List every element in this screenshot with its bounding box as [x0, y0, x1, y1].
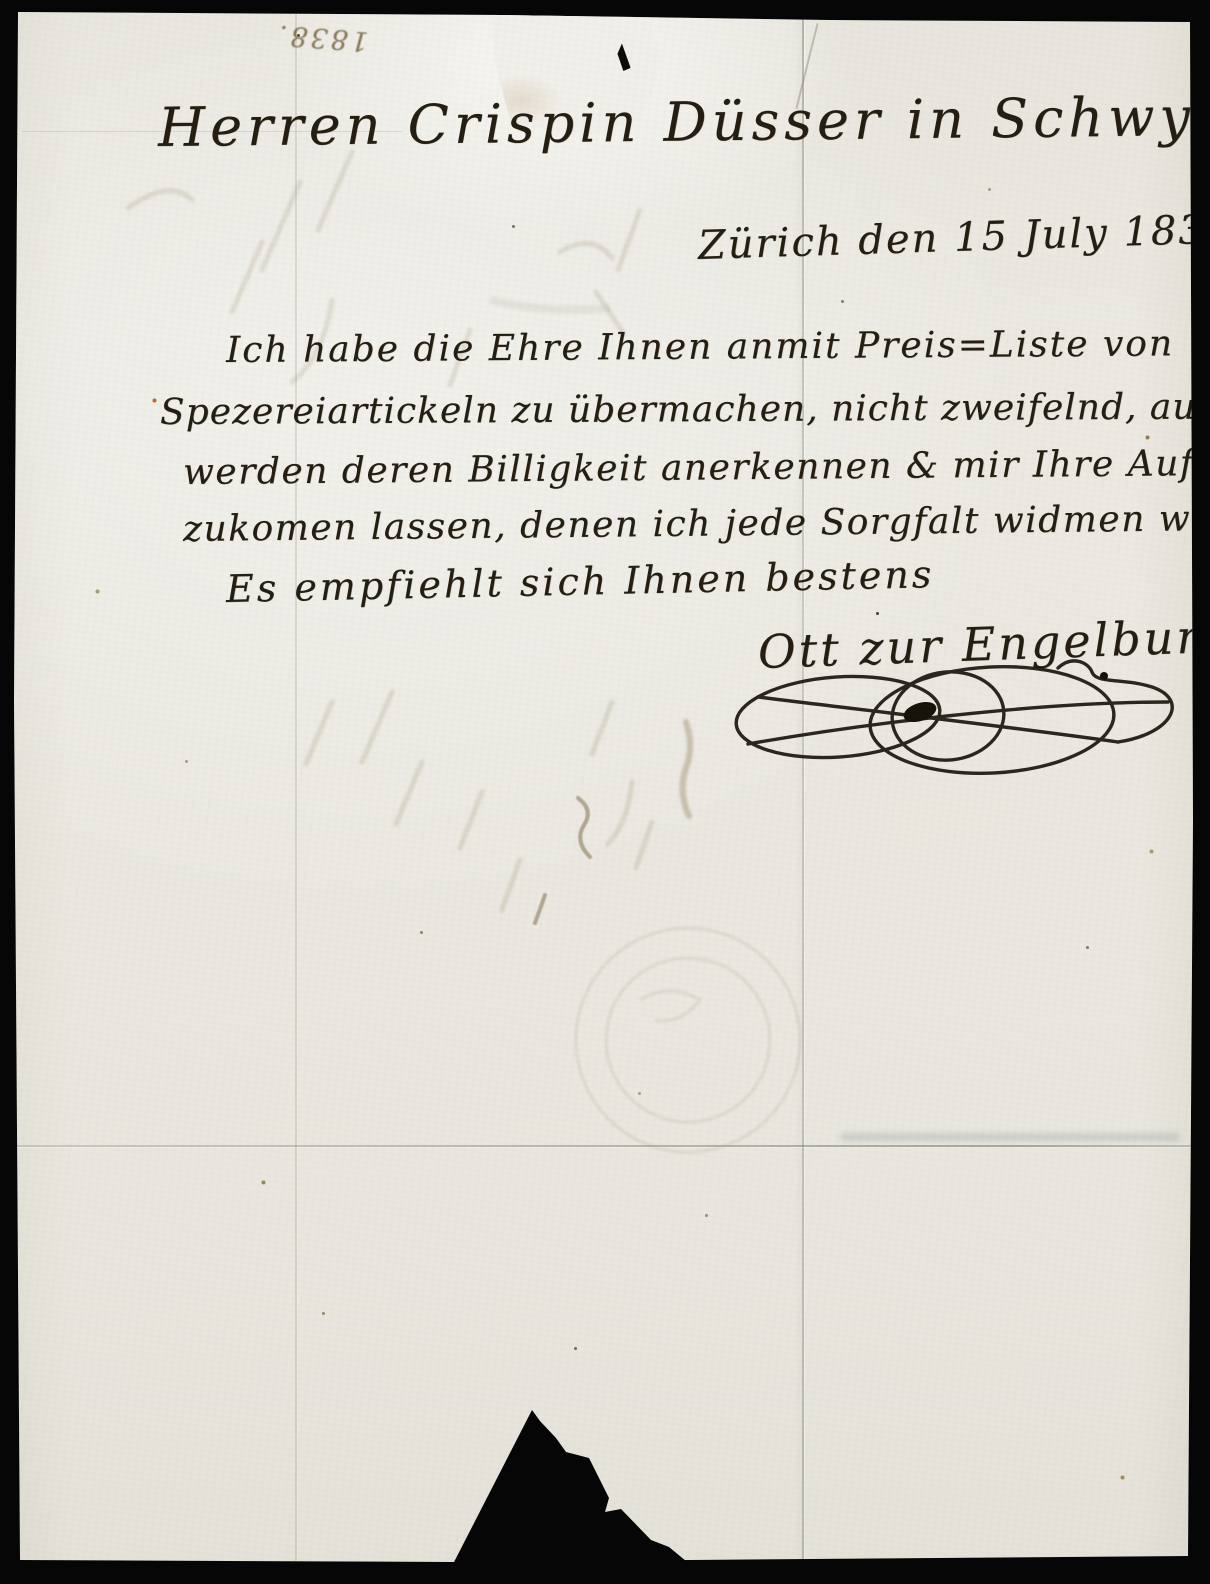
ink-blot-icon: [615, 43, 634, 72]
fold-smudge: [840, 1133, 1180, 1141]
paper-sheet: 1838. Herren Crispin Düsser in Schwyz. Z…: [0, 0, 1210, 1584]
body-line-2: Spezereiartickeln zu übermachen, nicht z…: [160, 386, 1210, 433]
date-line: Zürich den 15 July 1838.: [697, 206, 1210, 269]
closing-line: Es empfiehlt sich Ihnen bestens: [226, 552, 935, 611]
body-line-4: zukomen lassen, denen ich jede Sorgfalt …: [183, 497, 1210, 550]
letter-scan: 1838. Herren Crispin Düsser in Schwyz. Z…: [0, 0, 1210, 1584]
bleedthrough-year: 1838.: [275, 19, 369, 56]
address-line: Herren Crispin Düsser in Schwyz.: [158, 85, 1210, 159]
horizontal-fold: [16, 1145, 1192, 1147]
postmark-ghost-icon: [576, 928, 800, 1152]
body-line-1: Ich habe die Ehre Ihnen anmit Preis=List…: [226, 323, 1174, 371]
body-line-3: werden deren Billigkeit anerkennen & mir…: [183, 442, 1210, 493]
vertical-fold-left: [295, 0, 297, 1584]
paper-specks: [0, 0, 3, 3]
signature-line: Ott zur Engelburg.: [757, 608, 1210, 679]
